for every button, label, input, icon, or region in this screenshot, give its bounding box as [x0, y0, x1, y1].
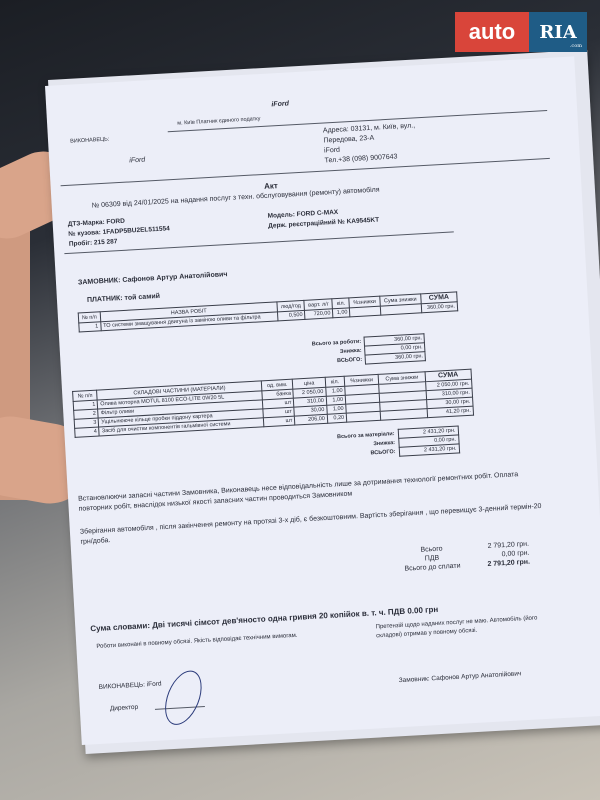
payer: ПЛАТНИК: той самий	[87, 293, 160, 304]
watermark-auto: auto	[455, 12, 529, 52]
works-done-statement: Роботи виконані в повному обсязі. Якість…	[96, 633, 297, 650]
company-address: Адреса: 03131, м. Київ, вул., Передова, …	[323, 121, 417, 166]
customer-sign: Замовник: Сафонов Артур Анатолійович	[399, 670, 522, 684]
autoria-watermark: auto RIA.com	[455, 12, 587, 52]
watermark-ria: RIA.com	[529, 12, 587, 52]
vehicle-model: Модель: FORD C-MAX Держ. реєстраційний №…	[267, 206, 379, 232]
executor-sign: ВИКОНАВЕЦЬ: iFord	[98, 680, 161, 691]
executor-label: ВИКОНАВЕЦЬ:	[70, 136, 110, 144]
vehicle-info: ДТЗ-Марка: FORD № кузова: 1FADP5BU2EL511…	[68, 214, 171, 250]
city-line: м. Київ Платник єдиного податку	[177, 116, 260, 127]
payment-summary: Всього2 791,20 грн.ПДВ0,00 грн.Всього до…	[401, 540, 532, 574]
company-top: iFord	[271, 100, 289, 108]
customer-name: ЗАМОВНИК: Сафонов Артур Анатолійович	[78, 271, 228, 286]
director-label: Директор	[110, 704, 139, 713]
claims-statement: Претензій щодо наданих послуг не маю. Ав…	[376, 613, 557, 641]
parts-totals: Всього за матеріали:2 431,20 грн.Знижка:…	[335, 425, 460, 460]
works-totals: Всього за роботи:360,00 грн.Знижка:0,00 …	[310, 333, 427, 367]
act-document: iFord м. Київ Платник єдиного податку ВИ…	[45, 56, 600, 745]
company-name: iFord	[129, 157, 145, 165]
signature	[158, 665, 209, 730]
